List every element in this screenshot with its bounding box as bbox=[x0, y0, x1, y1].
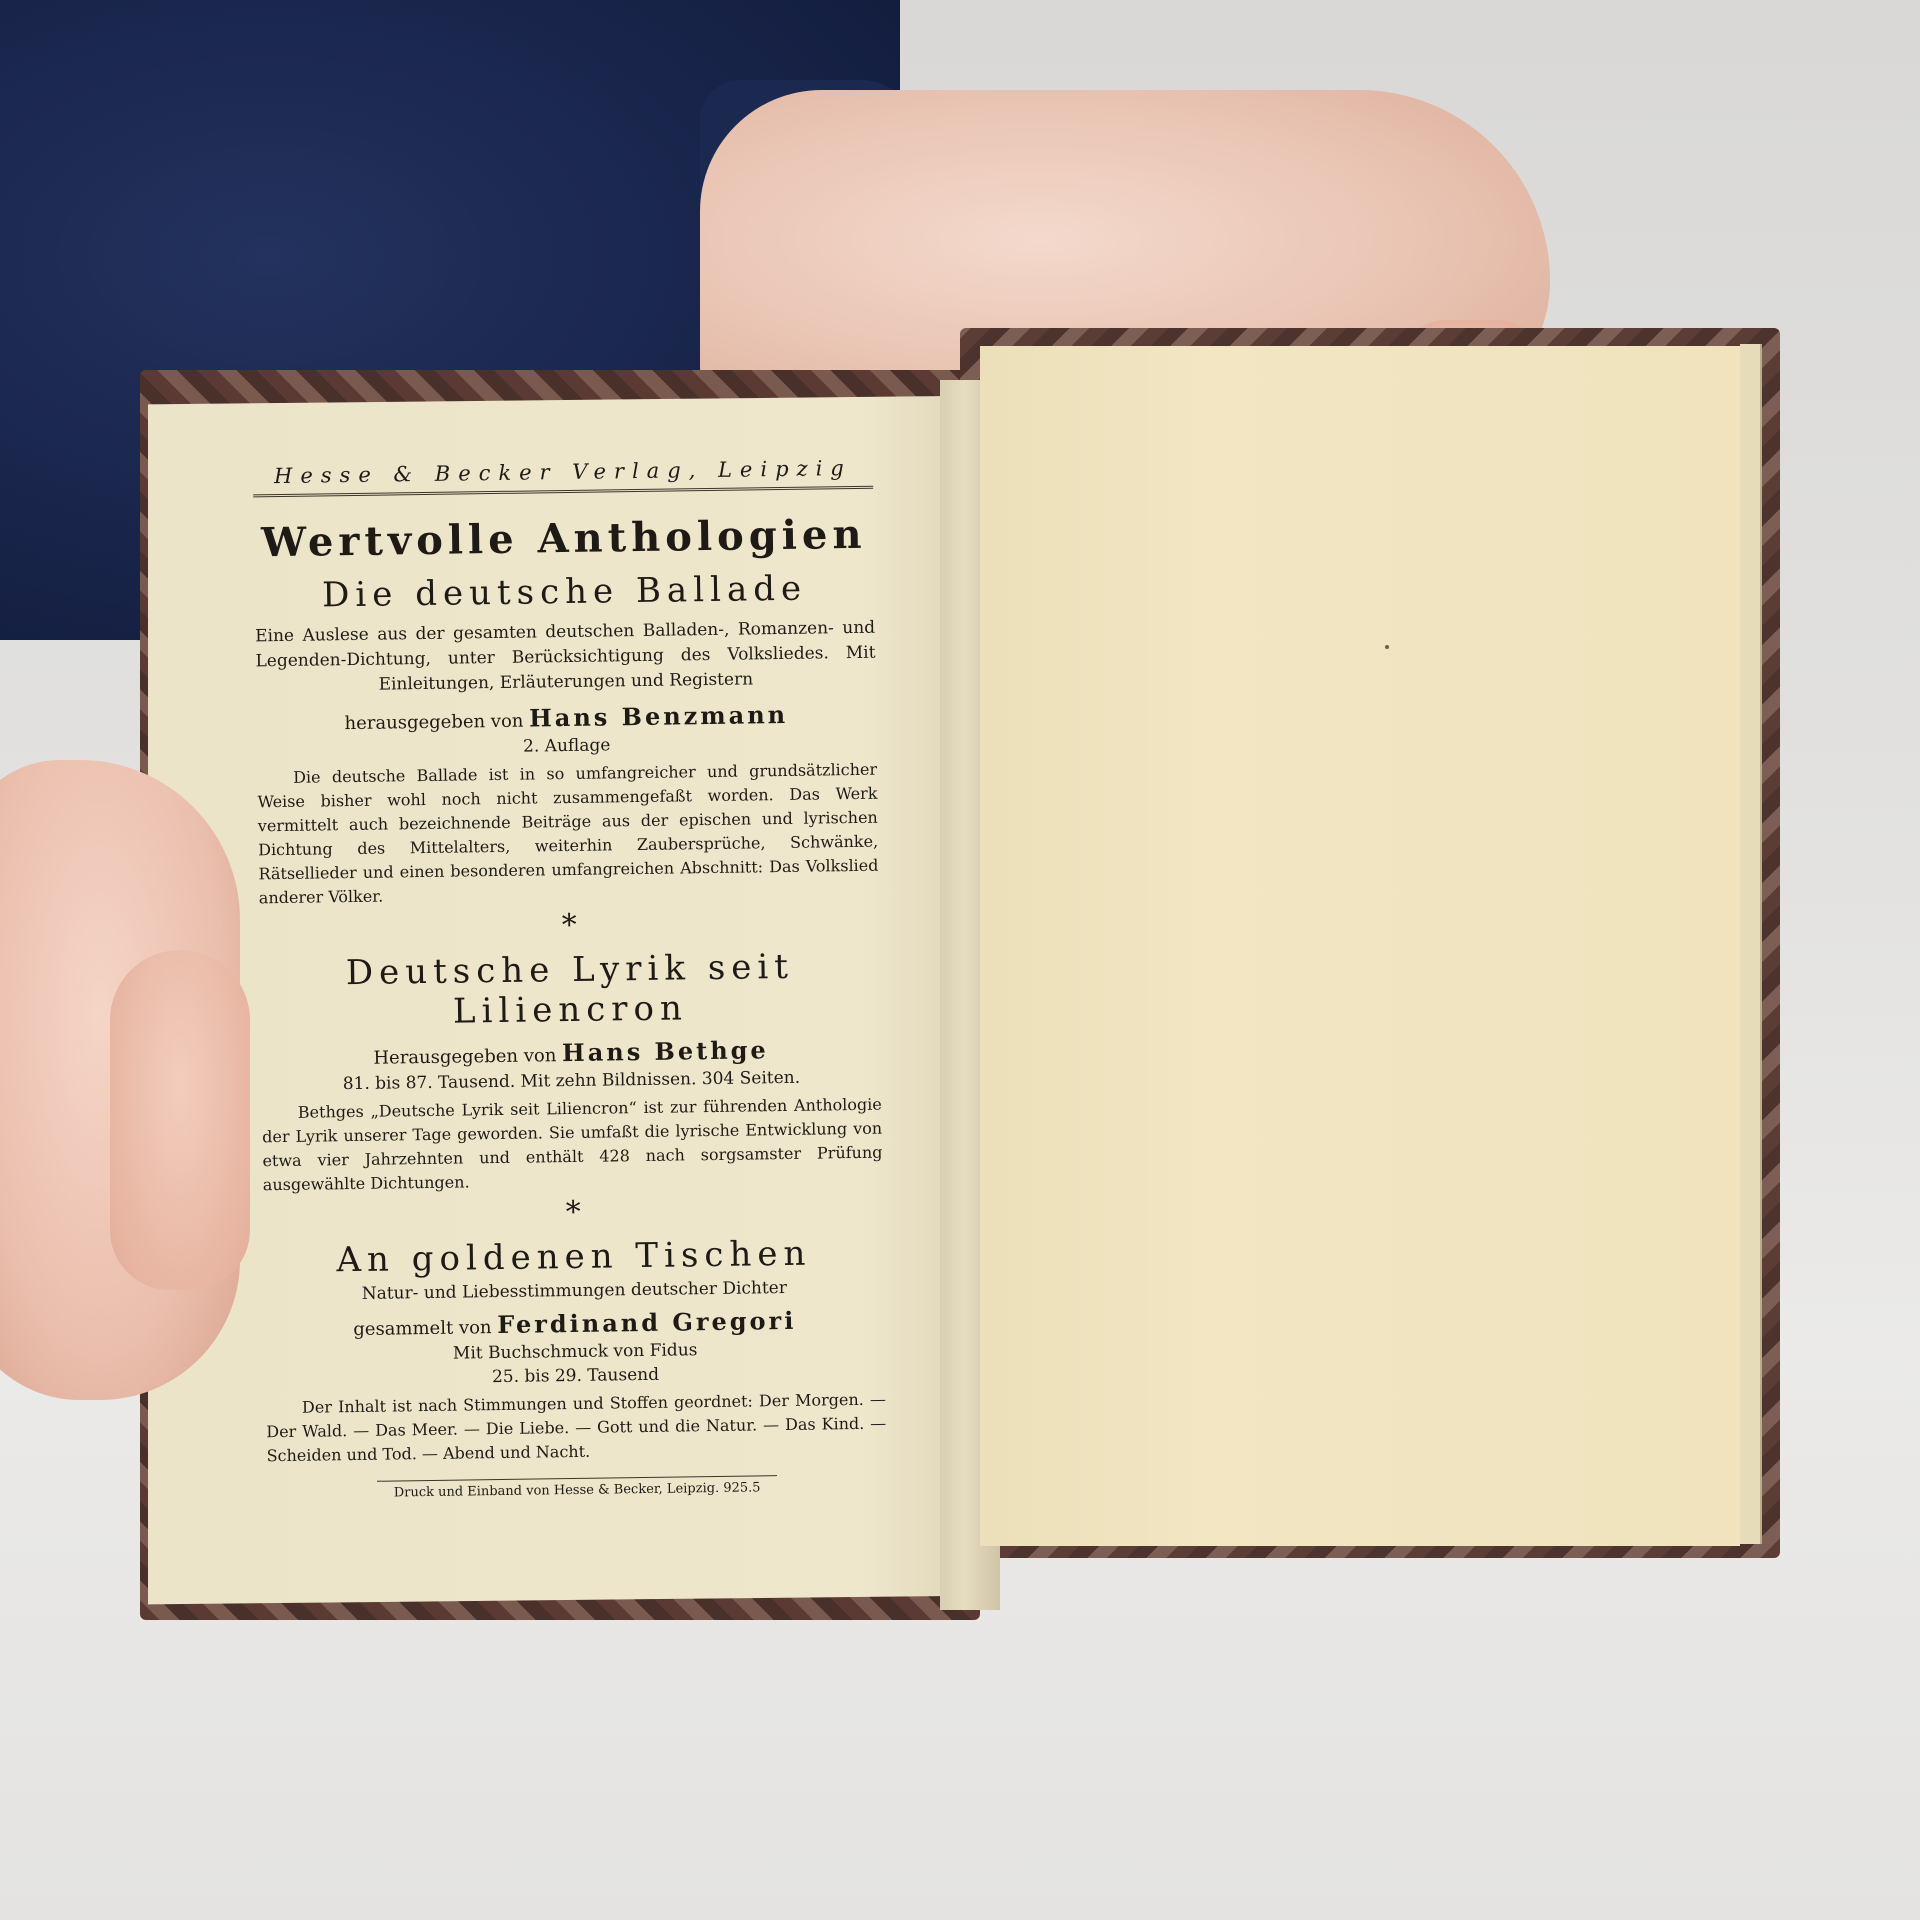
editor-prefix: Herausgegeben von bbox=[373, 1045, 556, 1069]
editor-line-lyrik: Herausgegeben von Hans Bethge bbox=[261, 1034, 881, 1072]
section-title-ballade: Die deutsche Ballade bbox=[254, 568, 874, 617]
edition-lyrik: 81. bis 87. Tausend. Mit zehn Bildnissen… bbox=[261, 1067, 881, 1096]
section-title-lyrik: Deutsche Lyrik seit Liliencron bbox=[260, 946, 881, 1035]
editor-line-ballade: herausgegeben von Hans Benzmann bbox=[256, 699, 876, 737]
section-title-tischen: An goldenen Tischen bbox=[264, 1233, 884, 1282]
edition-tischen: 25. bis 29. Tausend bbox=[265, 1362, 885, 1391]
separator-star: * bbox=[259, 908, 879, 945]
open-book: Hesse & Becker Verlag, Leipzig Wertvolle… bbox=[140, 340, 1780, 1610]
page-stack-edge bbox=[1740, 344, 1762, 1544]
editor-name: Hans Bethge bbox=[562, 1035, 769, 1067]
advertisement-text: Hesse & Becker Verlag, Leipzig Wertvolle… bbox=[253, 456, 887, 1503]
editor-line-tischen: gesammelt von Ferdinand Gregori bbox=[265, 1305, 885, 1343]
editor-name: Ferdinand Gregori bbox=[497, 1306, 796, 1339]
description-tischen: Der Inhalt ist nach Stimmungen und Stoff… bbox=[266, 1388, 887, 1469]
right-page-blank bbox=[980, 346, 1740, 1546]
editor-prefix: herausgegeben von bbox=[344, 711, 523, 734]
page-speck bbox=[1385, 645, 1389, 649]
separator-star: * bbox=[263, 1195, 883, 1232]
description-lyrik: Bethges „Deutsche Lyrik seit Liliencron“… bbox=[262, 1093, 883, 1198]
left-thumb bbox=[110, 950, 250, 1290]
section-intro-ballade: Eine Auslese aus der gesamten deutschen … bbox=[255, 616, 876, 700]
main-title: Wertvolle Anthologien bbox=[254, 511, 875, 567]
subtitle-tischen: Natur- und Liebesstimmungen deutscher Di… bbox=[264, 1277, 884, 1306]
edition-ballade: 2. Auflage bbox=[257, 732, 877, 761]
editor-prefix: gesammelt von bbox=[353, 1317, 492, 1340]
editor-name: Hans Benzmann bbox=[529, 700, 788, 733]
description-ballade: Die deutsche Ballade ist in so umfangrei… bbox=[257, 758, 879, 911]
